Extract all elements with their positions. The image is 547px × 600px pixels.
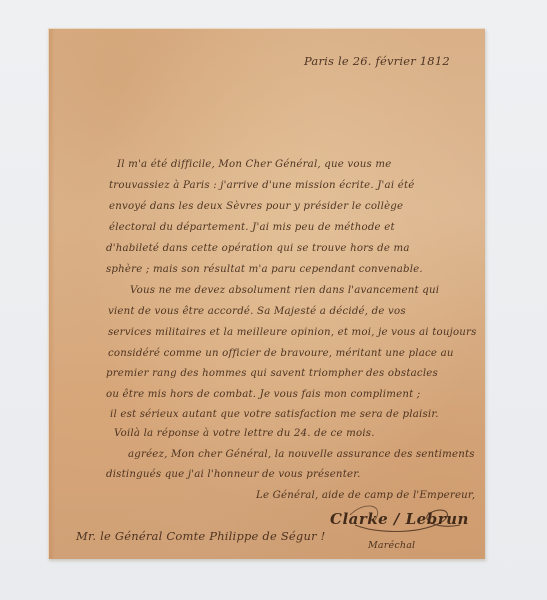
letter-addressee: Mr. le Général Comte Philippe de Ségur ! — [76, 529, 325, 543]
letter-body-line: Il m'a été difficile, Mon Cher Général, … — [117, 159, 391, 170]
letter-body-line: ou être mis hors de combat. Je vous fais… — [106, 389, 420, 400]
letter-dateline: Paris le 26. février 1812 — [304, 54, 450, 68]
signature-flourish-icon — [345, 475, 475, 535]
letter-body-line: Voilà la réponse à votre lettre du 24. d… — [114, 428, 375, 439]
letter-signature-title: Maréchal — [368, 540, 415, 551]
letter-body-line: Vous ne me devez absolument rien dans l'… — [130, 285, 439, 296]
letter-body-line: distingués que j'ai l'honneur de vous pr… — [106, 469, 361, 480]
letter-body-line: électoral du département. J'ai mis peu d… — [109, 222, 395, 233]
letter-body-line: il est sérieux autant que votre satisfac… — [110, 409, 439, 420]
letter-body-line: sphère ; mais son résultat m'a paru cepe… — [106, 264, 423, 275]
letter-body-line: considéré comme un officier de bravoure,… — [108, 348, 454, 359]
paper-edge-shading — [49, 29, 55, 559]
letter-body-line: services militaires et la meilleure opin… — [108, 327, 477, 338]
letter-body-line: agréez, Mon cher Général, la nouvelle as… — [128, 449, 475, 460]
letter-body-line: premier rang des hommes qui savent triom… — [106, 368, 438, 379]
letter-body-line: d'habileté dans cette opération qui se t… — [106, 243, 410, 254]
letter-body-line: trouvassiez à Paris : j'arrive d'une mis… — [109, 180, 414, 191]
letter-body-line: envoyé dans les deux Sèvres pour y prési… — [109, 201, 403, 212]
letter-body-line: vient de vous être accordé. Sa Majesté a… — [108, 306, 406, 317]
